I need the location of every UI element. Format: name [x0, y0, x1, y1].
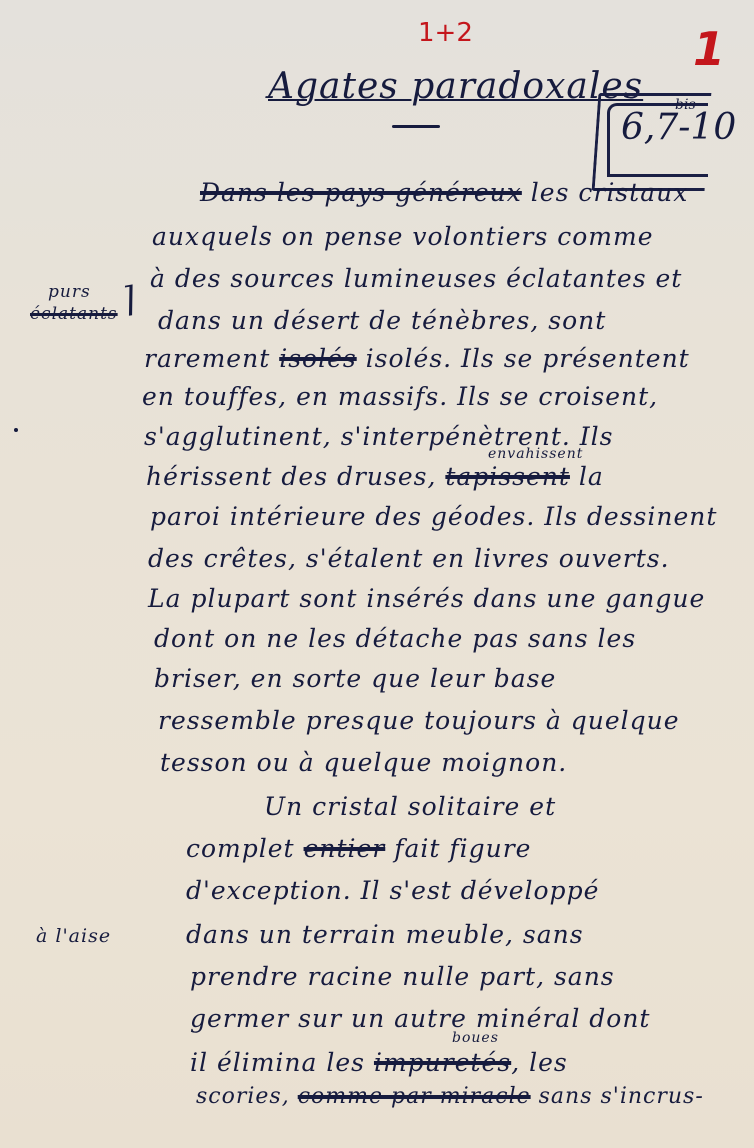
- line-4: dans un désert de ténèbres, sont: [158, 306, 606, 335]
- margin-note-purs: purs: [48, 282, 91, 302]
- line-3: à des sources lumineuses éclatantes et: [150, 264, 682, 293]
- box-number: 6,7-10: [621, 107, 736, 148]
- margin-dot: [14, 428, 18, 432]
- line-16: Un cristal solitaire et: [264, 792, 556, 821]
- page-title: Agates paradoxales: [268, 66, 643, 107]
- margin-note-a-laise: à l'aise: [36, 925, 111, 947]
- title-text: Agates paradoxales: [268, 66, 643, 107]
- line-21: germer sur un autre minéral dont: [190, 1004, 650, 1033]
- line-6: en touffes, en massifs. Ils se croisent,: [142, 382, 658, 411]
- line-14: ressemble presque toujours à quelque: [158, 706, 680, 735]
- pages-annotation: 1+2: [418, 18, 473, 48]
- line-19: dans un terrain meuble, sans: [186, 920, 584, 949]
- line-2: auxquels on pense volontiers comme: [152, 222, 654, 251]
- line-20: prendre racine nulle part, sans: [190, 962, 615, 991]
- line-15: tesson ou à quelque moignon.: [160, 748, 567, 777]
- margin-brace: ⌉: [119, 279, 140, 321]
- line-10: des crêtes, s'étalent en livres ouverts.: [148, 544, 670, 573]
- line-12: dont on ne les détache pas sans les: [154, 624, 636, 653]
- line-17: complet entier fait figure: [186, 834, 531, 863]
- box-superscript: bis: [675, 97, 696, 113]
- box-annotation: 6,7-10 bis: [595, 93, 705, 185]
- manuscript-page: 1+2 1 Agates paradoxales 6,7-10 bis purs…: [0, 0, 754, 1148]
- title-underline: [392, 125, 440, 128]
- interlinear-insert-1: envahissent: [488, 446, 583, 462]
- folio-number: 1: [693, 22, 725, 76]
- line-8: hérissent des druses, tapissent la: [146, 462, 604, 491]
- interlinear-insert-2: boues: [452, 1030, 499, 1046]
- line-11: La plupart sont insérés dans une gangue: [148, 584, 705, 613]
- line-23: scories, comme par miracle sans s'incrus…: [196, 1084, 704, 1109]
- line-13: briser, en sorte que leur base: [154, 664, 556, 693]
- line-22: il élimina les impuretés, les: [190, 1048, 568, 1077]
- margin-note-struck: éclatants: [30, 304, 118, 324]
- line-5: rarement isolés isolés. Ils se présenten…: [144, 344, 690, 373]
- line-18: d'exception. Il s'est développé: [186, 876, 599, 905]
- line-9: paroi intérieure des géodes. Ils dessine…: [150, 502, 717, 531]
- line-1: Dans les pays généreux les cristaux: [200, 178, 688, 207]
